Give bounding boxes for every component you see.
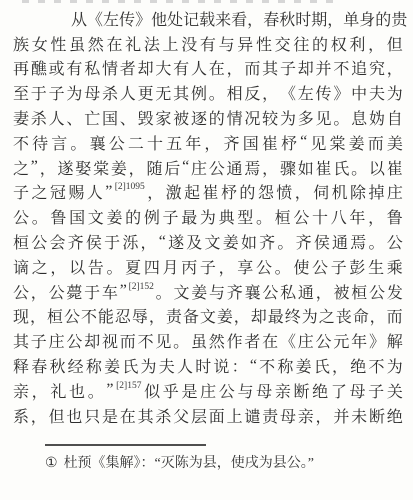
text-line: 系，但也只是在其杀父层面上谴责母亲，并未断绝: [13, 403, 403, 428]
text-line: 现，桓公不能忍辱，责备文姜，却最终为之丧命，而: [13, 304, 403, 329]
citation-superscript: [2]157: [116, 381, 141, 391]
text-line: 其子庄公却视而不见。虽然作者在《庄公元年》解: [13, 328, 403, 353]
previous-line-remnant: [22, 0, 337, 3]
text-line: 公。鲁国文姜的例子最为典型。桓公十八年，鲁: [13, 204, 403, 229]
text-line: 至于子为母杀人更无其例。相反，《左传》中夫为: [13, 80, 403, 105]
text-line: 公，公薨于车”[2]152。文姜与齐襄公私通，被桓公发: [13, 279, 403, 304]
footnote-separator: [45, 444, 206, 446]
text-line: 亲，礼也。”[2]157似乎是庄公与母亲断绝了母子关: [13, 378, 403, 403]
text-line: 不待言。襄公二十五年，齐国崔杼“见棠姜而美: [13, 130, 403, 155]
text-line: 之”，遂娶棠姜，随后“庄公通焉，骤如崔氏。以崔: [13, 155, 403, 180]
text-line: 从《左传》他处记载来看，春秋时期，单身的贵: [13, 6, 403, 31]
citation-superscript: [2]152: [129, 282, 154, 292]
footnote-marker: ①: [45, 456, 58, 471]
text-line: 族女性虽然在礼法上没有与异性交往的权利，但: [13, 31, 403, 56]
footnote: ①杜预《集解》：“灭陈为县，使戌为县公。”: [45, 454, 314, 473]
citation-superscript: [2]1095: [115, 182, 145, 192]
text-line: 谪之，以告。夏四月丙子，享公。使公子彭生乘: [13, 254, 403, 279]
text-line: 再醮或有私情者却大有人在，而其子却并不追究，: [13, 56, 403, 81]
body-paragraph: 从《左传》他处记载来看，春秋时期，单身的贵 族女性虽然在礼法上没有与异性交往的权…: [13, 6, 403, 428]
text-line: 子之冠赐人”[2]1095，激起崔杼的怨愤，伺机除掉庄: [13, 180, 403, 205]
text-line: 桓公会齐侯于泺，“遂及文姜如齐。齐侯通焉。公: [13, 229, 403, 254]
scanned-page: 从《左传》他处记载来看，春秋时期，单身的贵 族女性虽然在礼法上没有与异性交往的权…: [0, 0, 413, 500]
footnote-text: 杜预《集解》：“灭陈为县，使戌为县公。”: [64, 456, 314, 471]
text-line: 释春秋经称姜氏为夫人时说：“不称姜氏，绝不为: [13, 353, 403, 378]
text-line: 妻杀人、亡国、毁家被逐的情况较为多见。息妫自: [13, 105, 403, 130]
